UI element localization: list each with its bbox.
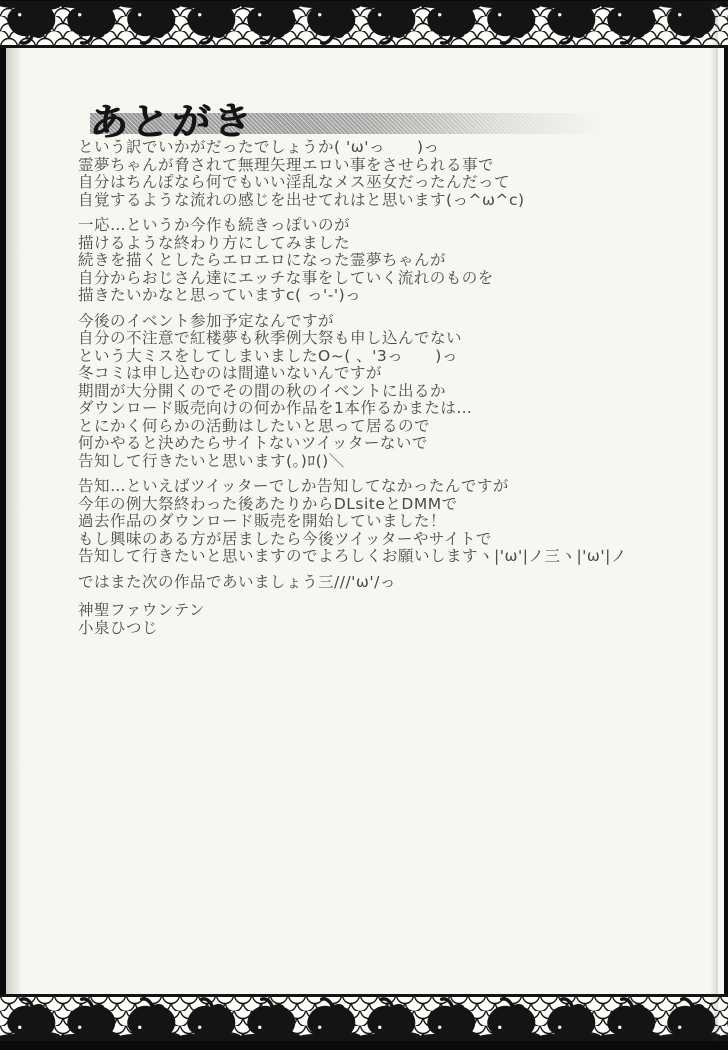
text-line: という大ミスをしてしまいましたO~( 、'3っ )っ xyxy=(78,348,684,366)
text-line: 描けるような終わり方にしてみました xyxy=(78,235,684,253)
scanned-page-frame: あとがき という訳でいかがだったでしょうか( 'ω'っ )っ霊夢ちゃんが脅されて… xyxy=(0,0,728,1050)
text-line: 自分の不注意で紅楼夢も秋季例大祭も申し込んでない xyxy=(78,330,684,348)
credits: 神聖ファウンテン 小泉ひつじ xyxy=(78,602,684,637)
page-title: あとがき xyxy=(89,87,632,147)
text-line: 期間が大分開くのでその間の秋のイベントに出るか xyxy=(78,383,684,401)
paragraph-1: という訳でいかがだったでしょうか( 'ω'っ )っ霊夢ちゃんが脅されて無理矢理エ… xyxy=(78,139,684,209)
lace-border-bottom xyxy=(0,993,728,1041)
text-line: 告知して行きたいと思います(｡)ﾛ()＼ xyxy=(78,453,684,471)
circle-name: 神聖ファウンテン xyxy=(78,602,684,620)
text-line: 霊夢ちゃんが脅されて無理矢理エロい事をさせられる事で xyxy=(78,157,684,175)
text-line: 冬コミは申し込むのは間違いないんですが xyxy=(78,365,684,383)
text-line: ダウンロード販売向けの何か作品を1本作るかまたは… xyxy=(78,400,684,418)
paragraph-3: 今後のイベント参加予定なんですが自分の不注意で紅楼夢も秋季例大祭も申し込んでない… xyxy=(78,313,684,471)
signoff-line: ではまた次の作品であいましょう三///'ω'/っ xyxy=(78,574,684,592)
author-name: 小泉ひつじ xyxy=(78,620,684,638)
paragraph-2: 一応…というか今作も続きっぽいのが描けるような終わり方にしてみました続きを描くと… xyxy=(78,217,684,305)
text-line: 描きたいかなと思っていますc( っ'-')っ xyxy=(78,287,684,305)
text-line: 今後のイベント参加予定なんですが xyxy=(78,313,684,331)
text-line: 自分からおじさん達にエッチな事をしていく流れのものを xyxy=(78,270,684,288)
text-line: 一応…というか今作も続きっぽいのが xyxy=(78,217,684,235)
text-line: 過去作品のダウンロード販売を開始していました！ xyxy=(78,513,684,531)
afterword-body: という訳でいかがだったでしょうか( 'ω'っ )っ霊夢ちゃんが脅されて無理矢理エ… xyxy=(78,139,684,637)
text-line: 何かやると決めたらサイトないツイッターないで xyxy=(78,435,684,453)
page: あとがき という訳でいかがだったでしょうか( 'ω'っ )っ霊夢ちゃんが脅されて… xyxy=(6,1,724,1041)
paragraph-4: 告知…といえばツイッターでしか告知してなかったんですが今年の例大祭終わった後あた… xyxy=(78,478,684,566)
title-block: あとがき xyxy=(90,89,630,139)
text-line: 告知して行きたいと思いますのでよろしくお願いしますヽ|'ω'|ノ三ヽ|'ω'|ノ xyxy=(78,548,684,566)
text-line: 自分はちんぽなら何でもいい淫乱なメス巫女だったんだって xyxy=(78,174,684,192)
text-line: 告知…といえばツイッターでしか告知してなかったんですが xyxy=(78,478,684,496)
lace-pattern-icon xyxy=(0,1,728,49)
text-line: とにかく何らかの活動はしたいと思って居るので xyxy=(78,418,684,436)
lace-border-top xyxy=(0,1,728,49)
text-line: 自覚するような流れの感じを出せてれはと思います(っ^ω^c) xyxy=(78,192,684,210)
text-line: 今年の例大祭終わった後あたりからDLsiteとDMMで xyxy=(78,496,684,514)
text-line: もし興味のある方が居ましたら今後ツイッターやサイトで xyxy=(78,531,684,549)
text-line: 続きを描くとしたらエロエロになった霊夢ちゃんが xyxy=(78,252,684,270)
lace-pattern-icon xyxy=(0,993,728,1041)
